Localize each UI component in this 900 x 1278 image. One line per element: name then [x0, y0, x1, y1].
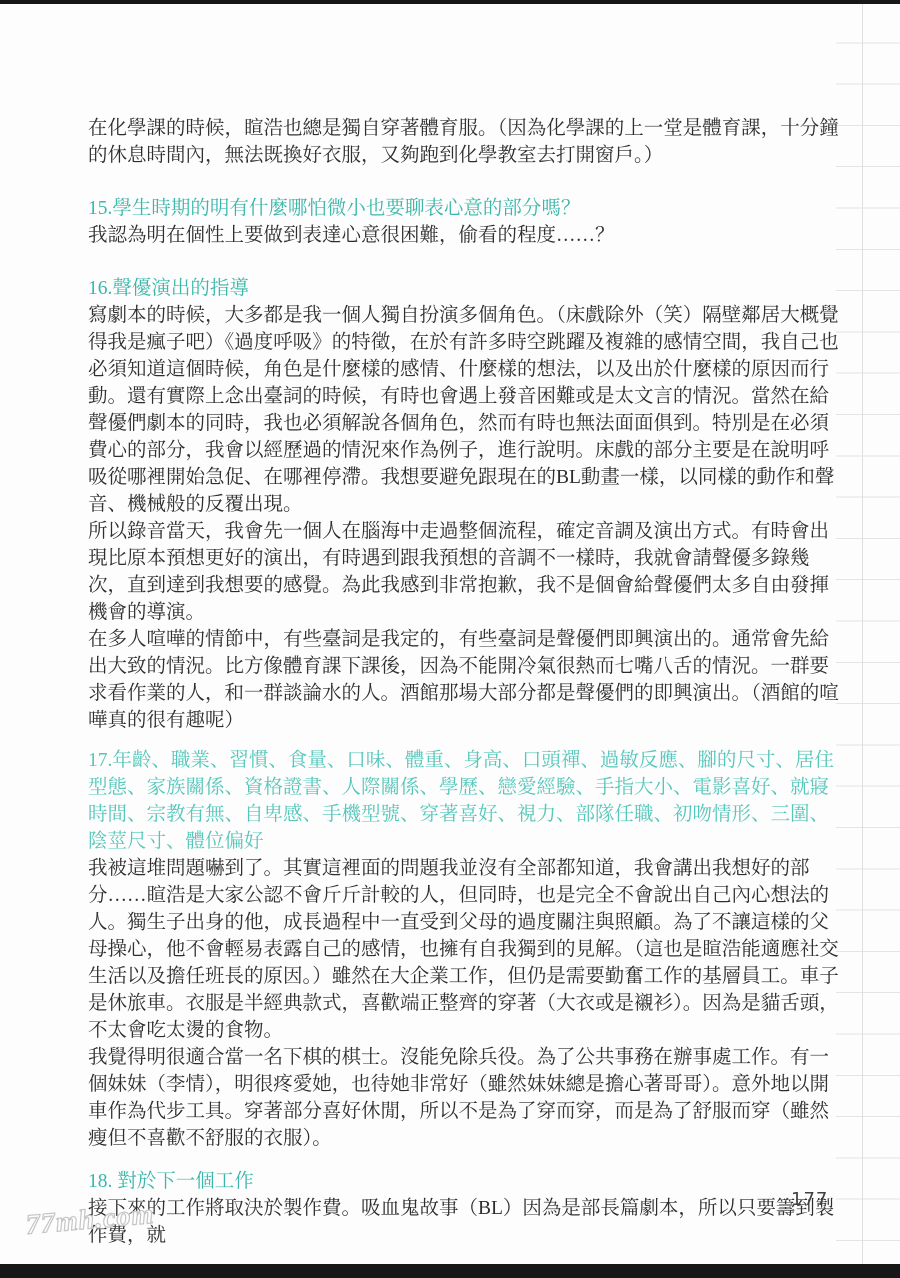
section-paragraph: 寫劇本的時候，大多都是我一個人獨自扮演多個角色。（床戲除外（笑）隔壁鄰居大概覺得… — [88, 302, 840, 518]
section-paragraph: 我被這堆問題嚇到了。其實這裡面的問題我並沒有全部都知道，我會講出我想好的部分……… — [88, 855, 840, 1044]
qa-section-18: 18. 對於下一個工作接下來的工作將取決於製作費。吸血鬼故事（BL）因為是部長篇… — [88, 1168, 840, 1249]
notebook-grid-vertical-line — [862, 4, 863, 1264]
section-paragraph: 我認為明在個性上要做到表達心意很困難，偷看的程度……？ — [88, 222, 840, 249]
page-text-content: 在化學課的時候，睻浩也總是獨自穿著體育服。（因為化學課的上一堂是體育課，十分鐘的… — [88, 115, 840, 1249]
scan-edge-top — [0, 0, 900, 4]
section-paragraph: 我覺得明很適合當一名下棋的棋士。沒能免除兵役。為了公共事務在辦事處工作。有一個妹… — [88, 1044, 840, 1152]
qa-section-15: 15.學生時期的明有什麼哪怕微小也要聊表心意的部分嗎？我認為明在個性上要做到表達… — [88, 195, 840, 249]
section-paragraph: 在多人喧嘩的情節中，有些臺詞是我定的，有些臺詞是聲優們即興演出的。通常會先給出大… — [88, 626, 840, 734]
section-heading-15: 15.學生時期的明有什麼哪怕微小也要聊表心意的部分嗎？ — [88, 195, 840, 222]
sections: 15.學生時期的明有什麼哪怕微小也要聊表心意的部分嗎？我認為明在個性上要做到表達… — [88, 195, 840, 1249]
section-heading-17: 17.年齡、職業、習慣、食量、口味、體重、身高、口頭禪、過敏反應、腳的尺寸、居住… — [88, 747, 840, 855]
qa-section-17: 17.年齡、職業、習慣、食量、口味、體重、身高、口頭禪、過敏反應、腳的尺寸、居住… — [88, 747, 840, 1152]
qa-section-16: 16.聲優演出的指導寫劇本的時候，大多都是我一個人獨自扮演多個角色。（床戲除外（… — [88, 275, 840, 734]
notebook-grid-horizontal-lines — [836, 2, 900, 1264]
section-paragraph: 接下來的工作將取決於製作費。吸血鬼故事（BL）因為是部長篇劇本，所以只要籌到製作… — [88, 1195, 840, 1249]
page-number: 177 — [791, 1189, 828, 1210]
section-paragraph: 所以錄音當天，我會先一個人在腦海中走過整個流程，確定音調及演出方式。有時會出現比… — [88, 518, 840, 626]
section-heading-16: 16.聲優演出的指導 — [88, 275, 840, 302]
section-heading-18: 18. 對於下一個工作 — [88, 1168, 840, 1195]
scan-edge-bottom — [0, 1264, 900, 1278]
intro-paragraph: 在化學課的時候，睻浩也總是獨自穿著體育服。（因為化學課的上一堂是體育課，十分鐘的… — [88, 115, 840, 169]
